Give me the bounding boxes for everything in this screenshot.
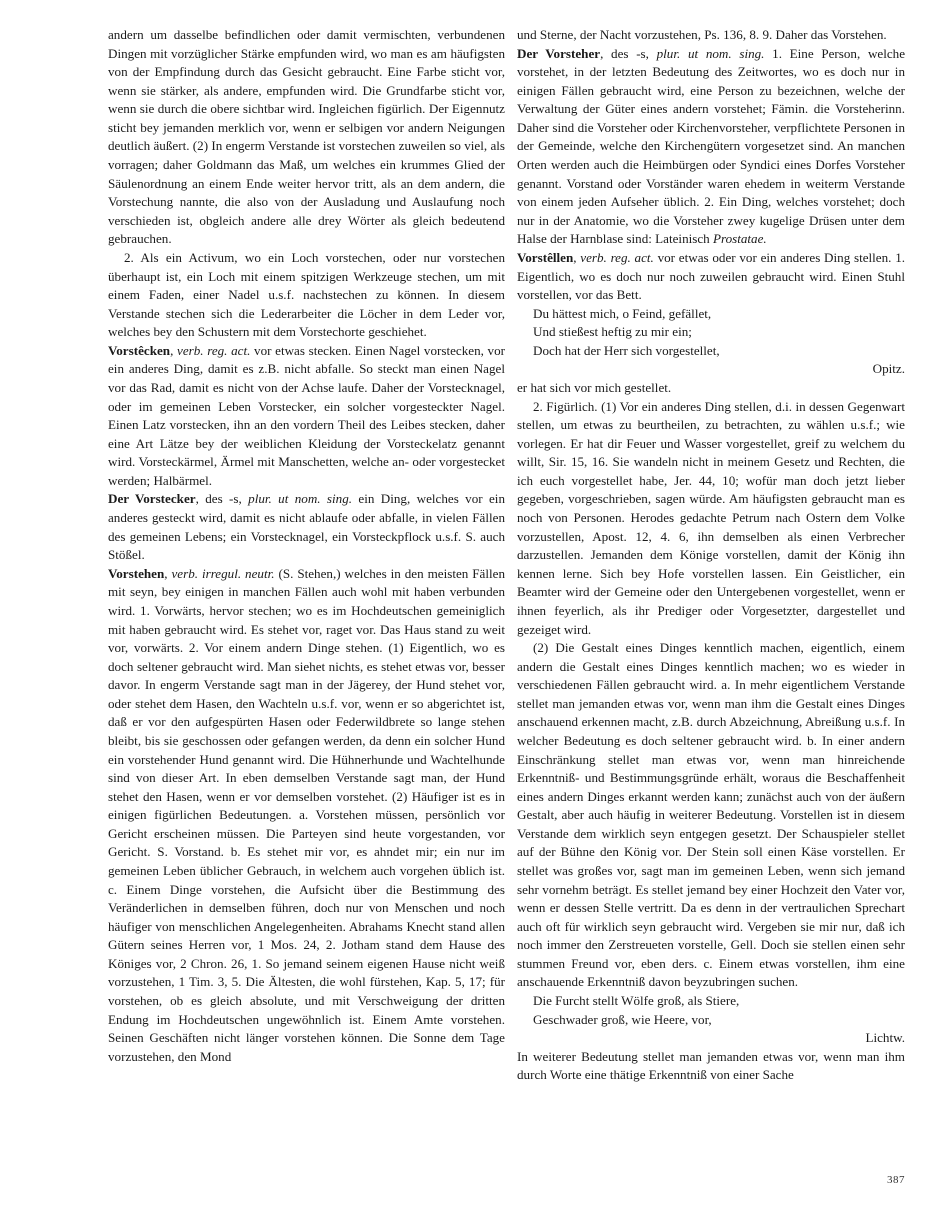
headword: Der Vorsteher (517, 46, 600, 61)
verse-line: Doch hat der Herr sich vorgestellet, (517, 342, 905, 361)
page-number: 387 (887, 1174, 905, 1186)
entry-pre: , des -s, (196, 491, 249, 506)
entry-pre: , des -s, (600, 46, 657, 61)
verse-line: Du hättest mich, o Feind, gefället, (517, 305, 905, 324)
verse-line: Geschwader groß, wie Heere, vor, (517, 1011, 905, 1030)
paragraph-activum: 2. Als ein Activum, wo ein Loch vorstech… (108, 249, 505, 342)
headword: Vorstêcken (108, 343, 170, 358)
headword: Vorstehen (108, 566, 164, 581)
paragraph-figuerlich: 2. Figürlich. (1) Vor ein anderes Ding s… (517, 398, 905, 640)
grammar-note: verb. reg. act. (580, 250, 654, 265)
verse-quote-opitz: Du hättest mich, o Feind, gefället, Und … (517, 305, 905, 379)
paragraph-gestalt: (2) Die Gestalt eines Dinges kenntlich m… (517, 639, 905, 992)
entry-vorstellen: Vorstêllen, verb. reg. act. vor etwas od… (517, 249, 905, 305)
paragraph-continuation: andern um dasselbe befindlichen oder dam… (108, 26, 505, 249)
verse-line: Und stießest heftig zu mir ein; (517, 323, 905, 342)
entry-der-vorsteher: Der Vorsteher, des -s, plur. ut nom. sin… (517, 45, 905, 249)
right-column: und Sterne, der Nacht vorzustehen, Ps. 1… (517, 26, 905, 1085)
dictionary-page: andern um dasselbe befindlichen oder dam… (0, 0, 935, 1210)
entry-text: vor etwas oder vor ein anderes Ding stel… (517, 250, 905, 302)
paragraph-weiterer-bedeutung: In weiterer Bedeutung stellet man jemand… (517, 1048, 905, 1085)
entry-vorstehen: Vorstehen, verb. irregul. neutr. (S. Ste… (108, 565, 505, 1067)
grammar-note: plur. ut nom. sing. (657, 46, 765, 61)
entry-text: vor etwas stecken. Einen Nagel vorstecke… (108, 343, 505, 488)
paragraph-after-verse: er hat sich vor mich gestellet. (517, 379, 905, 398)
headword: Der Vorstecker (108, 491, 196, 506)
grammar-note: plur. ut nom. sing. (248, 491, 352, 506)
verse-quote-lichtwer: Die Furcht stellt Wölfe groß, als Stiere… (517, 992, 905, 1048)
entry-text: 1. Eine Person, welche vorstehet, in der… (517, 46, 905, 247)
grammar-note: verb. irregul. neutr. (171, 566, 274, 581)
verse-line: Die Furcht stellt Wölfe groß, als Stiere… (517, 992, 905, 1011)
left-column: andern um dasselbe befindlichen oder dam… (108, 26, 505, 1066)
verse-attribution: Opitz. (517, 360, 905, 379)
entry-text: (S. Stehen,) welches in den meisten Fäll… (108, 566, 505, 1064)
entry-der-vorstecker: Der Vorstecker, des -s, plur. ut nom. si… (108, 490, 505, 564)
headword: Vorstêllen (517, 250, 573, 265)
latin-term: Prostatae. (713, 231, 767, 246)
grammar-note: verb. reg. act. (177, 343, 250, 358)
verse-attribution: Lichtw. (517, 1029, 905, 1048)
paragraph-continuation: und Sterne, der Nacht vorzustehen, Ps. 1… (517, 26, 905, 45)
entry-vorstecken: Vorstêcken, verb. reg. act. vor etwas st… (108, 342, 505, 491)
